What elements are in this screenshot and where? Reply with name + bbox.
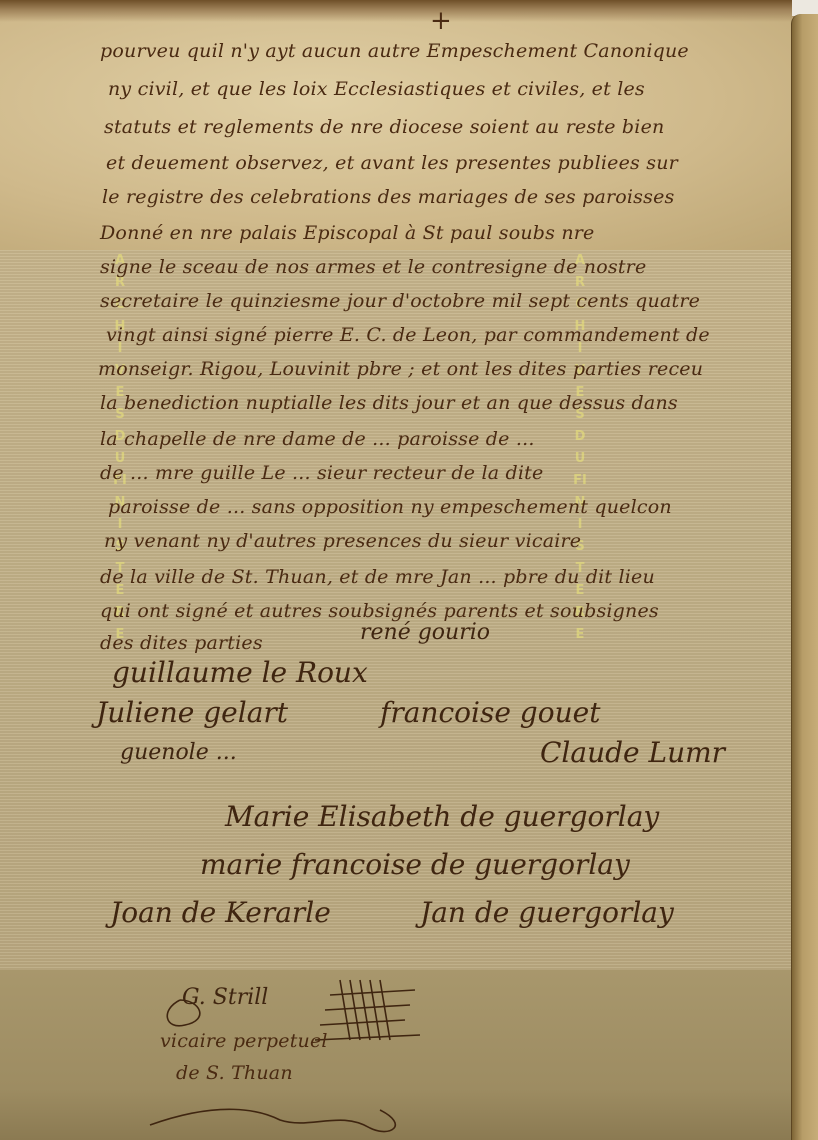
document-viewer: ARCHIVES DU FINISTERE ARCHIVES DU FINIST… <box>0 0 818 1140</box>
manuscript-line: le registre des celebrations des mariage… <box>102 186 674 208</box>
manuscript-line: paroisse de ... sans opposition ny empes… <box>108 496 672 518</box>
officiant-parish: de S. Thuan <box>176 1062 293 1084</box>
manuscript-line: ny venant ny d'autres presences du sieur… <box>104 530 581 552</box>
adjacent-page-edge <box>791 14 818 1140</box>
manuscript-line: statuts et reglements de nre diocese soi… <box>104 116 664 138</box>
register-page: ARCHIVES DU FINISTERE ARCHIVES DU FINIST… <box>0 0 793 1140</box>
manuscript-line: Donné en nre palais Episcopal à St paul … <box>100 222 595 244</box>
officiant-name: G. Strill <box>182 985 268 1010</box>
signature-guillaume-le-roux: guillaume le Roux <box>112 656 368 689</box>
signature-guenole: guenole ... <box>120 740 237 765</box>
signature-claude-lumr: Claude Lumr <box>540 736 725 769</box>
signature-joan-de-kerarle: Joan de Kerarle <box>110 896 331 929</box>
manuscript-line: signe le sceau de nos armes et le contre… <box>100 256 646 278</box>
manuscript-line: ny civil, et que les loix Ecclesiastique… <box>108 78 645 100</box>
manuscript-line: de ... mre guille Le ... sieur recteur d… <box>100 462 543 484</box>
signature-juliene-gelart: Juliene gelart <box>96 696 288 729</box>
signature-rene-gourio: rené gourio <box>360 620 490 645</box>
manuscript-line: la benediction nuptialle les dits jour e… <box>100 392 678 414</box>
manuscript-line: monseigr. Rigou, Louvinit pbre ; et ont … <box>98 358 703 380</box>
officiant-title: vicaire perpetuel <box>160 1030 328 1052</box>
signature-francoise-gouet: francoise gouet <box>380 696 600 729</box>
manuscript-line: secretaire le quinziesme jour d'octobre … <box>100 290 700 312</box>
signature-jan-de-guergorlay: Jan de guergorlay <box>420 896 674 929</box>
manuscript-line: vingt ainsi signé pierre E. C. de Leon, … <box>106 324 710 346</box>
manuscript-line: pourveu quil n'y ayt aucun autre Empesch… <box>100 40 689 62</box>
manuscript-line: des dites parties <box>100 632 263 654</box>
cross-mark: + <box>430 6 452 36</box>
manuscript-line: et deuement observez, et avant les prese… <box>106 152 678 174</box>
signature-marie-elisabeth: Marie Elisabeth de guergorlay <box>225 800 659 833</box>
manuscript-line: qui ont signé et autres soubsignés paren… <box>100 600 659 622</box>
manuscript-line: de la ville de St. Thuan, et de mre Jan … <box>100 566 655 588</box>
signature-marie-francoise: marie francoise de guergorlay <box>200 848 630 881</box>
page-top-edge <box>0 0 800 22</box>
manuscript-line: la chapelle de nre dame de ... paroisse … <box>100 428 535 450</box>
